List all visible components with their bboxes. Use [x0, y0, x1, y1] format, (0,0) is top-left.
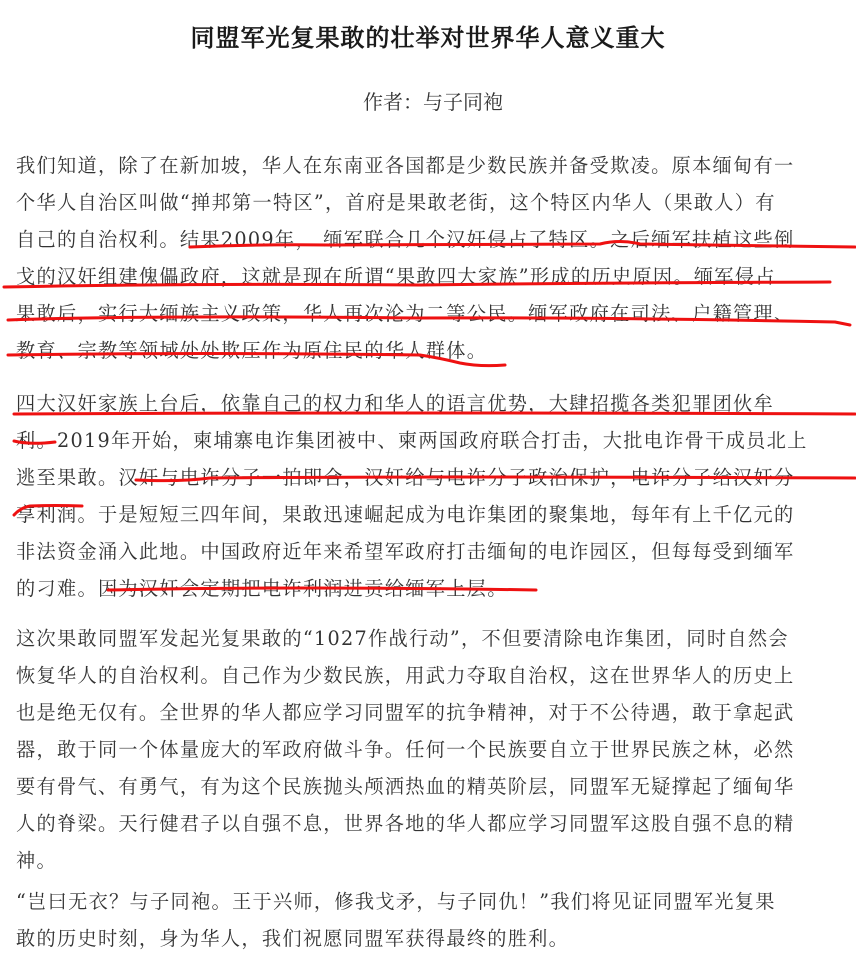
text-line: 自己的自治权利。结果2009年， 缅军联合几个汉奸侵占了特区。之后缅军扶植这些倒	[16, 221, 842, 258]
text-line: “岂曰无衣？与子同袍。王于兴师，修我戈矛，与子同仇！”我们将见证同盟军光复果	[16, 883, 842, 920]
text-line: 教育、宗教等领域处处欺压作为原住民的华人群体。	[16, 332, 842, 369]
text-line: 敢的历史时刻，身为华人，我们祝愿同盟军获得最终的胜利。	[16, 920, 842, 957]
text-line: 个华人自治区叫做“掸邦第一特区”，首府是果敢老街，这个特区内华人（果敢人）有	[16, 184, 842, 221]
text-line: 享利润。于是短短三四年间，果敢迅速崛起成为电诈集团的聚集地，每年有上千亿元的	[16, 496, 842, 533]
text-line: 恢复华人的自治权利。自己作为少数民族，用武力夺取自治权，这在世界华人的历史上	[16, 657, 842, 694]
text-line: 人的脊梁。天行健君子以自强不息，世界各地的华人都应学习同盟军这股自强不息的精	[16, 805, 842, 842]
text-line: 利。2019年开始，柬埔寨电诈集团被中、柬两国政府联合打击，大批电诈骨干成员北上	[16, 422, 842, 459]
paragraph-4: “岂曰无衣？与子同袍。王于兴师，修我戈矛，与子同仇！”我们将见证同盟军光复果 敢…	[16, 883, 842, 957]
paragraph-1: 我们知道，除了在新加坡，华人在东南亚各国都是少数民族并备受欺凌。原本缅甸有一 个…	[16, 147, 842, 369]
text-line: 这次果敢同盟军发起光复果敢的“1027作战行动”，不但要清除电诈集团，同时自然会	[16, 620, 842, 657]
text-line: 器，敢于同一个体量庞大的军政府做斗争。任何一个民族要自立于世界民族之林，必然	[16, 731, 842, 768]
text-line: 逃至果敢。汉奸与电诈分子一拍即合，汉奸给与电诈分子政治保护，电诈分子给汉奸分	[16, 459, 842, 496]
text-line: 非法资金涌入此地。中国政府近年来希望军政府打击缅甸的电诈园区，但每每受到缅军	[16, 533, 842, 570]
document-title: 同盟军光复果敢的壮举对世界华人意义重大	[0, 18, 856, 53]
paragraph-2: 四大汉奸家族上台后，依靠自己的权力和华人的语言优势，大肆招揽各类犯罪团伙牟 利。…	[16, 385, 842, 607]
text-line: 的刁难。因为汉奸会定期把电诈利润进贡给缅军上层。	[16, 570, 842, 607]
text-line: 要有骨气、有勇气，有为这个民族抛头颅洒热血的精英阶层，同盟军无疑撑起了缅甸华	[16, 768, 842, 805]
text-line: 神。	[16, 842, 842, 879]
author-line: 作者：与子同袍	[0, 86, 856, 115]
text-line: 也是绝无仅有。全世界的华人都应学习同盟军的抗争精神，对于不公待遇，敢于拿起武	[16, 694, 842, 731]
text-line: 戈的汉奸组建傀儡政府，这就是现在所谓“果敢四大家族”形成的历史原因。缅军侵占	[16, 258, 842, 295]
text-line: 我们知道，除了在新加坡，华人在东南亚各国都是少数民族并备受欺凌。原本缅甸有一	[16, 147, 842, 184]
text-line: 四大汉奸家族上台后，依靠自己的权力和华人的语言优势，大肆招揽各类犯罪团伙牟	[16, 385, 842, 422]
paragraph-3: 这次果敢同盟军发起光复果敢的“1027作战行动”，不但要清除电诈集团，同时自然会…	[16, 620, 842, 879]
text-line: 果敢后，实行大缅族主义政策，华人再次沦为二等公民。缅军政府在司法、户籍管理、	[16, 295, 842, 332]
